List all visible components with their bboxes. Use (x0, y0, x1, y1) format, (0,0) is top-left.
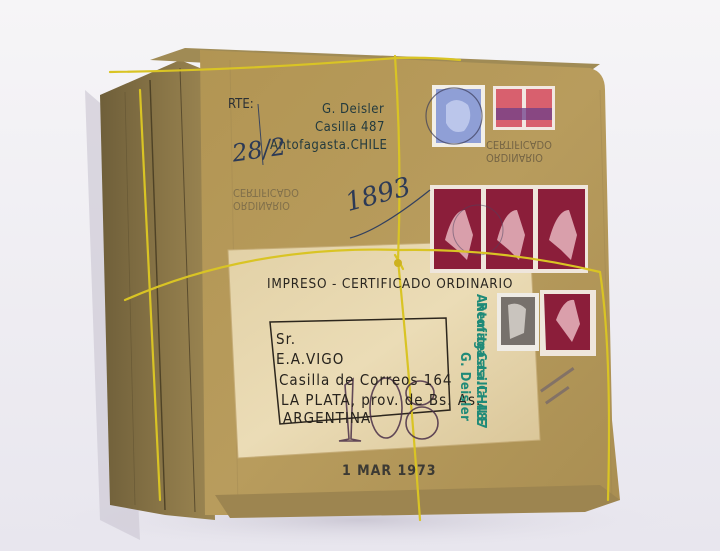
address-line-2: E.A.VIGO (276, 350, 344, 368)
photo-scene: RTE: G. Deisler Casilla 487 Antofagasta.… (0, 0, 720, 551)
address-line-1: Sr. (276, 330, 296, 348)
faded-certificado-stamp-right: ORDINARIO CERTIFICADO (486, 138, 552, 164)
address-line-3: Casilla de Correos 164 (279, 371, 453, 389)
faded-line-1: CERTIFICADO (233, 186, 299, 199)
faded-certificado-stamp-left: ORDINARIO CERTIFICADO (233, 186, 299, 212)
top-sender-city: Antofagasta.CHILE (270, 138, 387, 153)
address-line-4: LA PLATA, prov. de Bs. As. (281, 391, 481, 409)
return-city: Antofagasta.CHILE (473, 294, 488, 426)
return-name: G. Deisler (457, 352, 472, 421)
label-header: IMPRESO - CERTIFICADO ORDINARIO (267, 276, 513, 292)
top-sender-name: G. Deisler (322, 102, 384, 117)
top-sender-box: Casilla 487 (315, 120, 385, 135)
faded-line-1: CERTIFICADO (486, 138, 552, 151)
address-line-5: ARGENTINA (283, 409, 371, 427)
faded-line-2: ORDINARIO (486, 151, 552, 164)
rte-label: RTE: (228, 97, 254, 112)
date-stamp: 1 MAR 1973 (342, 463, 437, 479)
faded-line-2: ORDINARIO (233, 199, 299, 212)
